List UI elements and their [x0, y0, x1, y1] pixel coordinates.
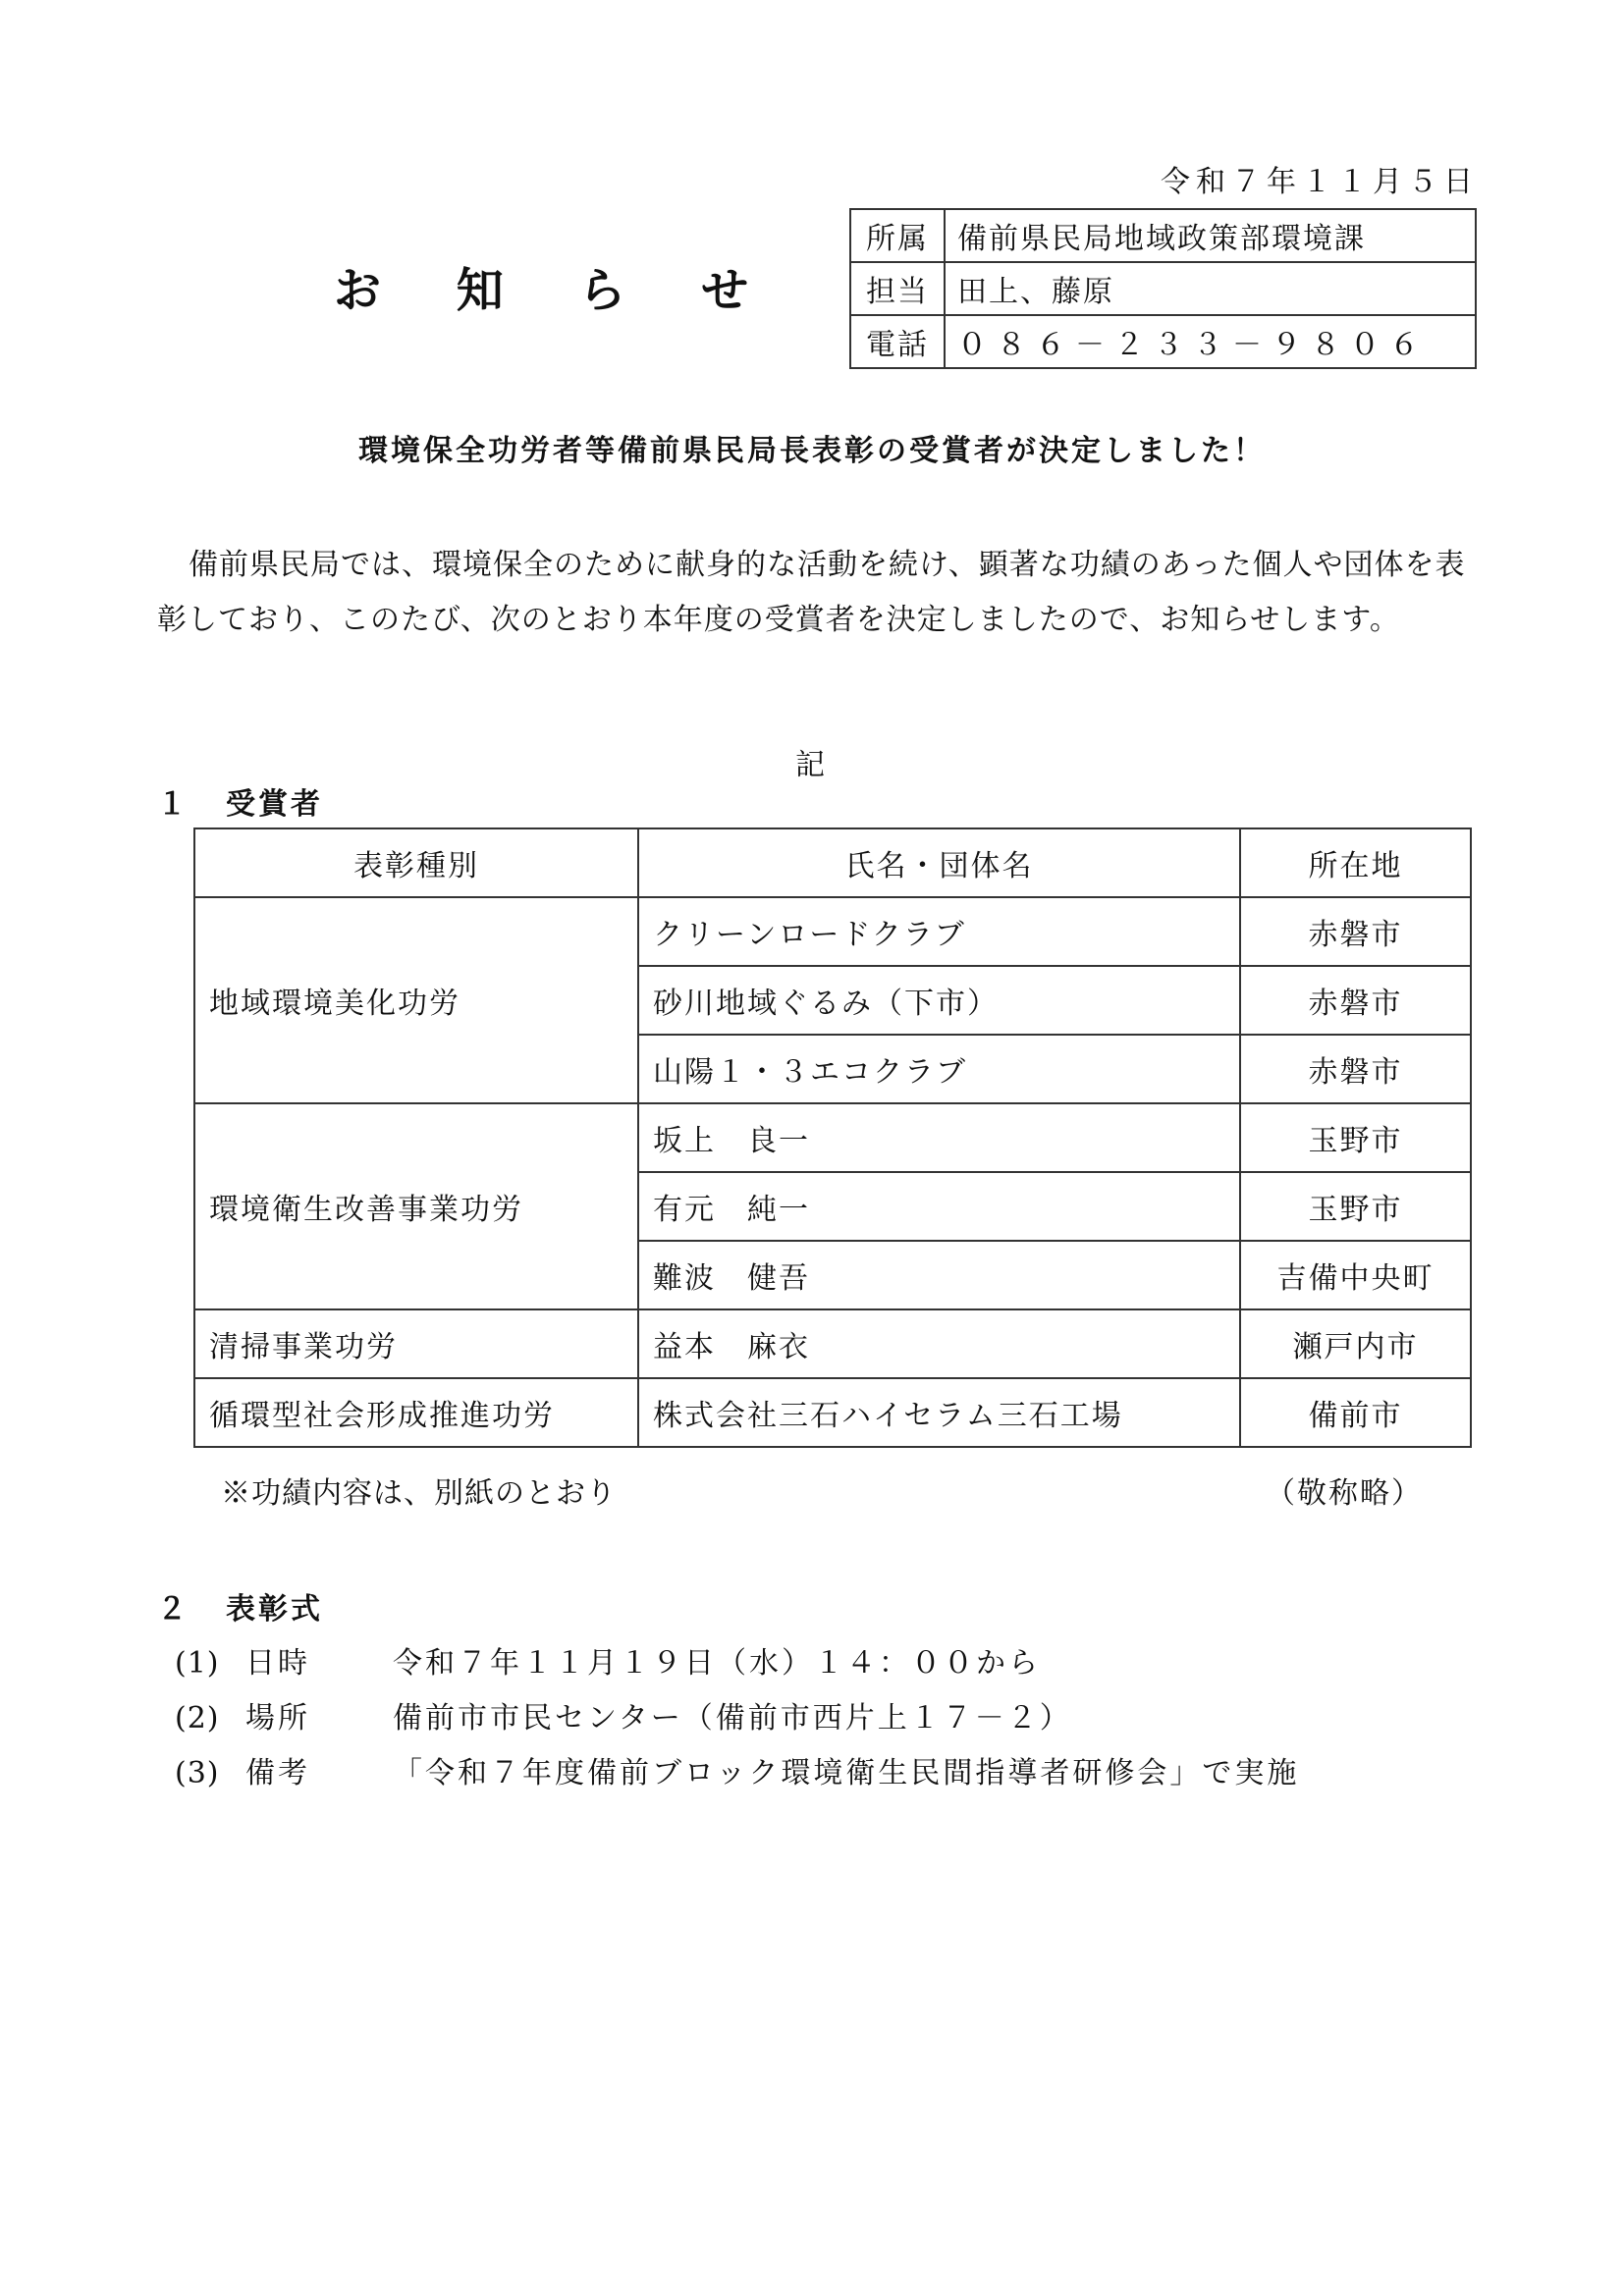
awardee-name: 有元 純一 — [638, 1172, 1240, 1241]
awardees-table: 表彰種別 氏名・団体名 所在地 地域環境美化功労 クリーンロードクラブ 赤磐市 … — [193, 828, 1472, 1448]
honorific-note: （敬称略） — [1266, 1474, 1423, 1514]
awardee-name: クリーンロードクラブ — [638, 897, 1240, 966]
contact-phone: ０８６－２３３－９８０６ — [945, 315, 1476, 368]
table-header-row: 表彰種別 氏名・団体名 所在地 — [194, 828, 1471, 897]
awardee-location: 赤磐市 — [1240, 897, 1471, 966]
column-header: 氏名・団体名 — [638, 828, 1240, 897]
item-value: 備前市市民センター（備前市西片上１７－２） — [393, 1701, 1072, 1735]
contact-table: 所属 備前県民局地域政策部環境課 担当 田上、藤原 電話 ０８６－２３３－９８０… — [849, 208, 1477, 369]
ceremony-item-remarks: (3)備考「令和７年度備前ブロック環境衛生民間指導者研修会」で実施 — [175, 1754, 1299, 1793]
award-category: 環境衛生改善事業功労 — [194, 1103, 638, 1309]
table-row: 清掃事業功労 益本 麻衣 瀬戸内市 — [194, 1309, 1471, 1378]
item-index: (1) — [175, 1644, 245, 1683]
notice-title: お 知 ら せ — [334, 261, 778, 320]
awardee-name: 株式会社三石ハイセラム三石工場 — [638, 1378, 1240, 1447]
awardee-location: 赤磐市 — [1240, 966, 1471, 1035]
table-row: 循環型社会形成推進功労 株式会社三石ハイセラム三石工場 備前市 — [194, 1378, 1471, 1447]
contact-row-person: 担当 田上、藤原 — [850, 262, 1476, 315]
contact-label: 所属 — [850, 209, 945, 262]
ki-marker: 記 — [795, 746, 825, 785]
awardee-location: 玉野市 — [1240, 1172, 1471, 1241]
section-2-heading: ２表彰式 — [157, 1590, 323, 1629]
ceremony-item-venue: (2)場所備前市市民センター（備前市西片上１７－２） — [175, 1699, 1072, 1738]
item-label: 日時 — [245, 1644, 393, 1683]
section-title: 受賞者 — [226, 787, 323, 822]
table-row: 環境衛生改善事業功労 坂上 良一 玉野市 — [194, 1103, 1471, 1172]
awardee-location: 赤磐市 — [1240, 1035, 1471, 1103]
contact-value: 備前県民局地域政策部環境課 — [945, 209, 1476, 262]
contact-label: 担当 — [850, 262, 945, 315]
contact-label: 電話 — [850, 315, 945, 368]
item-index: (2) — [175, 1699, 245, 1738]
intro-paragraph: 備前県民局では、環境保全のために献身的な活動を続け、顕著な功績のあった個人や団体… — [157, 538, 1478, 648]
awardee-location: 瀬戸内市 — [1240, 1309, 1471, 1378]
contact-row-department: 所属 備前県民局地域政策部環境課 — [850, 209, 1476, 262]
section-title: 表彰式 — [226, 1592, 323, 1627]
item-index: (3) — [175, 1754, 245, 1793]
contact-row-phone: 電話 ０８６－２３３－９８０６ — [850, 315, 1476, 368]
award-category: 循環型社会形成推進功労 — [194, 1378, 638, 1447]
awardee-location: 玉野市 — [1240, 1103, 1471, 1172]
awardee-name: 坂上 良一 — [638, 1103, 1240, 1172]
awardee-name: 益本 麻衣 — [638, 1309, 1240, 1378]
award-category: 清掃事業功労 — [194, 1309, 638, 1378]
award-category: 地域環境美化功労 — [194, 897, 638, 1103]
column-header: 所在地 — [1240, 828, 1471, 897]
column-header: 表彰種別 — [194, 828, 638, 897]
item-label: 場所 — [245, 1699, 393, 1738]
table-row: 地域環境美化功労 クリーンロードクラブ 赤磐市 — [194, 897, 1471, 966]
section-number: １ — [157, 785, 226, 825]
contact-value: 田上、藤原 — [945, 262, 1476, 315]
awardee-name: 砂川地域ぐるみ（下市） — [638, 966, 1240, 1035]
item-label: 備考 — [245, 1754, 393, 1793]
achievement-note: ※功績内容は、別紙のとおり — [221, 1474, 617, 1514]
section-1-heading: １受賞者 — [157, 785, 323, 825]
headline: 環境保全功労者等備前県民局長表彰の受賞者が決定しました！ — [0, 432, 1624, 471]
awardee-name: 山陽１・３エコクラブ — [638, 1035, 1240, 1103]
awardee-location: 吉備中央町 — [1240, 1241, 1471, 1309]
section-number: ２ — [157, 1590, 226, 1629]
item-value: 「令和７年度備前ブロック環境衛生民間指導者研修会」で実施 — [393, 1756, 1299, 1790]
awardee-name: 難波 健吾 — [638, 1241, 1240, 1309]
item-value: 令和７年１１月１９日（水）１４：００から — [393, 1646, 1041, 1681]
document-date: 令和７年１１月５日 — [1161, 163, 1479, 202]
awardee-location: 備前市 — [1240, 1378, 1471, 1447]
ceremony-item-datetime: (1)日時令和７年１１月１９日（水）１４：００から — [175, 1644, 1041, 1683]
